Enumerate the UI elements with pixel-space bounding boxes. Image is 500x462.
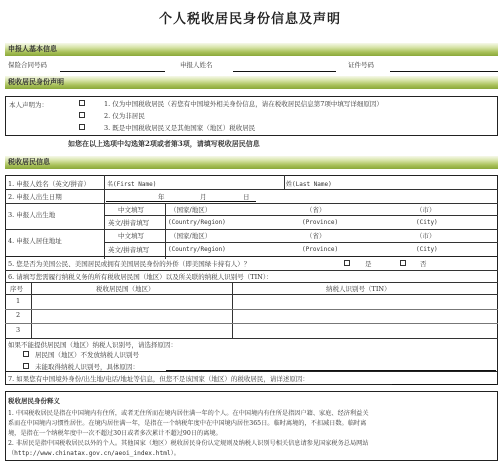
chinatax-link[interactable]: （http://www.chinatax.gov.cn/aeoi_index.h… [8, 448, 180, 457]
tin-row-1-country-field[interactable] [33, 295, 231, 308]
option-1-checkbox[interactable] [79, 100, 85, 106]
birth-date-field[interactable] [106, 201, 256, 202]
address-en-country[interactable]: (Country/Region) [168, 246, 226, 253]
year-label: 年 [158, 192, 165, 201]
row6-label: 6. 请填写您需履行纳税义务的所有税收居民国（地区）以及所关联的纳税人识别号（T… [8, 272, 273, 281]
address-cn-city[interactable]: （市） [416, 231, 436, 240]
divider [104, 215, 498, 216]
declaration-prompt: 本人声明为： [9, 100, 48, 109]
no-tin-reason-2-label: 未能取得纳税人识别号，具体原因： [35, 362, 139, 371]
divider [5, 256, 498, 257]
birthplace-cn-label: 中文填写 [118, 205, 144, 214]
row5-label: 5. 您是否为美国公民、美国居民或拥有美国居民身份的外侨（即美国绿卡持有人）？ [8, 259, 250, 268]
tin-row-no: 2 [16, 311, 20, 319]
declaration-note: 如您在以上选项中勾选第2项或者第3项，请填写税收居民信息 [68, 139, 260, 149]
divider [165, 203, 166, 259]
section-bar-resident-info: 税收居民信息 [5, 156, 498, 169]
definitions-heading: 税收居民身份释义 [8, 396, 60, 405]
birthplace-en-city[interactable]: (City) [416, 219, 438, 226]
first-name-field[interactable]: 名(First Name) [107, 179, 156, 188]
us-person-no-checkbox[interactable] [400, 260, 406, 266]
address-en-label: 英文/拼音填写 [108, 245, 149, 254]
tin-row-3-tin-field[interactable] [234, 324, 497, 338]
no-tin-prompt: 如果不能提供居民国（地区）纳税人识别号，请选择原因： [8, 340, 177, 349]
divider [5, 338, 498, 339]
tin-col-tin: 纳税人识别号（TIN） [326, 284, 391, 293]
tin-row-no: 1 [16, 297, 20, 305]
row4-label: 4. 申报人居住地址 [8, 236, 62, 245]
tin-row-2-tin-field[interactable] [234, 310, 497, 323]
birthplace-cn-city[interactable]: （市） [416, 205, 436, 214]
row7-reason-field[interactable] [392, 384, 496, 385]
row1-label: 1. 申报人姓名（英文/拼音） [8, 179, 90, 188]
tin-row-2-country-field[interactable] [33, 310, 231, 323]
option-3-label: 3. 既是中国税收居民又是其他国家（地区）税收居民 [104, 123, 255, 132]
row7-label: 7. 如果您有中国境外身份/出生地/电话/地址等信息，但您不是该国家（地区）的税… [8, 374, 309, 383]
divider [104, 229, 105, 259]
row3-label: 3. 申报人出生地 [8, 210, 55, 219]
definition-line: 系而在中国境内习惯性居住。在境内居住满一年，是指在一个纳税年度中在中国境内居住3… [8, 418, 366, 427]
definition-line: 2. 非居民是指中国税收居民以外的个人。其他国家（地区）税收居民身份认定规则及纳… [8, 438, 369, 447]
id-number-field[interactable] [390, 71, 498, 72]
us-person-no-label: 否 [420, 259, 427, 268]
birthplace-cn-country[interactable]: （国家/地区） [170, 205, 211, 214]
divider [232, 282, 233, 339]
divider [284, 175, 285, 189]
no-tin-reason-2-checkbox[interactable] [23, 363, 29, 369]
page-title: 个人税收居民身份信息及声明 [0, 8, 500, 27]
birthplace-en-province[interactable]: (Province) [302, 219, 338, 226]
tin-row-no: 3 [16, 326, 20, 334]
address-en-province[interactable]: (Province) [302, 246, 338, 253]
tin-row-3-country-field[interactable] [33, 324, 231, 338]
divider [5, 270, 498, 271]
row2-label: 2. 申报人出生日期 [8, 192, 62, 201]
us-person-yes-checkbox[interactable] [344, 260, 350, 266]
divider [5, 203, 498, 204]
divider [5, 229, 498, 230]
last-name-field[interactable]: 姓(Last Name) [286, 179, 332, 188]
tin-col-no: 序号 [10, 284, 23, 293]
divider [5, 371, 498, 372]
divider [31, 282, 32, 339]
definition-line: 境，是指在一个纳税年度中一次不超过30日或者多次累计不超过90日的离境。 [8, 428, 222, 437]
no-tin-reason-1-checkbox[interactable] [23, 351, 29, 357]
applicant-name-label: 申报人姓名 [180, 60, 213, 69]
definition-line: 1. 中国税收居民是指在中国境内有住所，或者无住所而在境内居住满一年的个人。在中… [8, 408, 369, 417]
divider [5, 282, 498, 283]
address-cn-country[interactable]: （国家/地区） [170, 231, 211, 240]
divider [5, 189, 498, 190]
insurance-contract-label: 保险合同号码 [8, 60, 47, 69]
tin-col-country: 税收居民国（地区） [96, 284, 155, 293]
option-1-label: 1. 仅为中国税收居民（若您有中国境外相关身份信息，请在税收居民信息第7项中填写… [104, 99, 383, 108]
tin-row-1-tin-field[interactable] [234, 295, 497, 308]
day-label: 日 [243, 192, 250, 201]
address-en-city[interactable]: (City) [416, 246, 438, 253]
option-2-label: 2. 仅为非居民 [104, 111, 145, 120]
birthplace-en-label: 英文/拼音填写 [108, 218, 149, 227]
birthplace-en-country[interactable]: (Country/Region) [168, 219, 226, 226]
option-3-checkbox[interactable] [79, 124, 85, 130]
option-2-checkbox[interactable] [79, 112, 85, 118]
address-cn-province[interactable]: （省） [306, 231, 326, 240]
month-label: 月 [200, 192, 207, 201]
birthplace-cn-province[interactable]: （省） [306, 205, 326, 214]
no-tin-reason-1-label: 居民国（地区）不发放纳税人识别号 [35, 350, 139, 359]
divider [104, 242, 498, 243]
insurance-contract-field[interactable] [60, 71, 165, 72]
id-number-label: 证件号码 [348, 60, 374, 69]
us-person-yes-label: 是 [365, 259, 372, 268]
section-bar-basic-info: 申报人基本信息 [5, 43, 498, 56]
applicant-name-field[interactable] [233, 71, 336, 72]
address-cn-label: 中文填写 [118, 231, 144, 240]
section-bar-declaration: 税收居民身份声明 [5, 76, 498, 89]
